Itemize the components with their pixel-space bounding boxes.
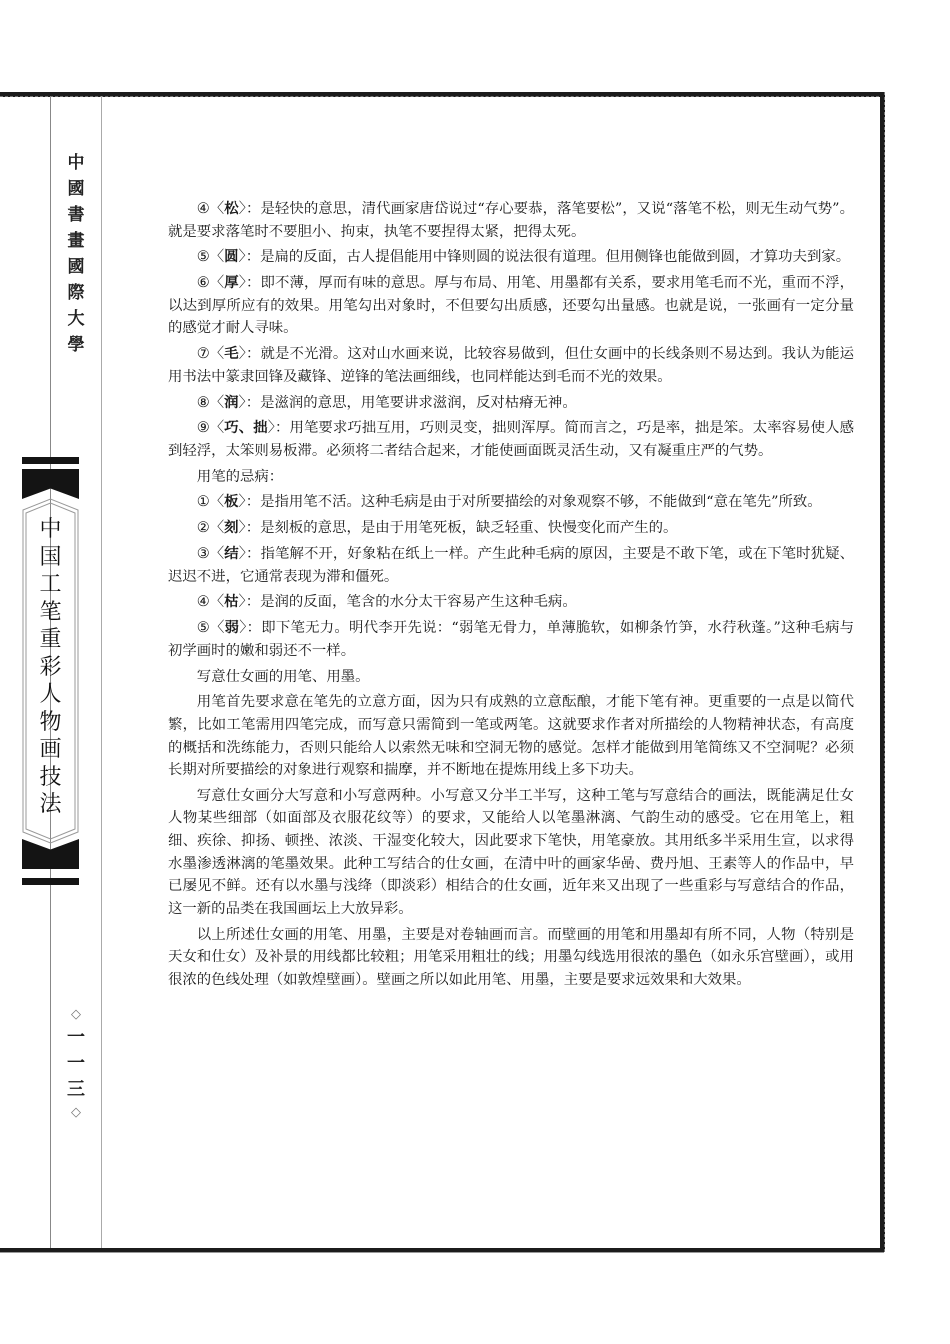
char: 國 — [62, 254, 90, 280]
paragraph: ⑥〈厚〉：即不薄，厚而有味的意思。厚与布局、用笔、用墨都有关系，要求用笔毛而不光… — [168, 272, 854, 340]
item-number: ③ — [197, 546, 210, 562]
paragraph-text: ：即不薄，厚而有味的意思。厚与布局、用笔、用墨都有关系，要求用笔毛而不光，重而不… — [168, 275, 854, 336]
item-number: ⑤ — [197, 620, 210, 636]
diamond-icon: ◇ — [62, 1005, 90, 1025]
paragraph: 写意仕女画的用笔、用墨。 — [168, 666, 854, 689]
char: 中 — [22, 516, 79, 544]
paragraph-text: ：就是不光滑。这对山水画来说，比较容易做到，但仕女画中的长线条则不易达到。我认为… — [168, 346, 854, 385]
char: 画 — [22, 736, 79, 764]
paragraph: ②〈刻〉：是刻板的意思，是由于用笔死板，缺乏轻重、快慢变化而产生的。 — [168, 517, 854, 540]
paragraph-text: ：是指用笔不活。这种毛病是由于对所要描绘的对象观察不够，不能做到“意在笔先”所致… — [246, 494, 822, 510]
page-frame-right — [880, 92, 885, 1252]
item-number: ④ — [197, 201, 210, 217]
title-ornament-bottom-bar — [22, 878, 79, 885]
item-number: ⑧ — [197, 395, 210, 411]
item-number: ⑦ — [197, 346, 210, 362]
char: 畫 — [62, 228, 90, 254]
diamond-icon: ◇ — [62, 1103, 90, 1123]
paragraph: ⑤〈弱〉：即下笔无力。明代李开先说：“弱笔无骨力，单薄脆软，如柳条竹笋，水荇秋蓬… — [168, 617, 854, 662]
term: 刻 — [224, 520, 238, 536]
page-digit: 一 — [62, 1051, 90, 1077]
paragraph: ⑦〈毛〉：就是不光滑。这对山水画来说，比较容易做到，但仕女画中的长线条则不易达到… — [168, 343, 854, 388]
char: 大 — [62, 306, 90, 332]
paragraph-text: 以上所述仕女画的用笔、用墨，主要是对卷轴画而言。而壁画的用笔和用墨却有所不同，人… — [168, 927, 854, 988]
paragraph: ⑧〈润〉：是滋润的意思，用笔要讲求滋润，反对枯瘠无神。 — [168, 392, 854, 415]
page-number: ◇ 一 一 三 ◇ — [62, 1005, 90, 1123]
paragraph: 用笔首先要求意在笔先的立意方面，因为只有成熟的立意酝酿，才能下笔有神。更重要的一… — [168, 691, 854, 781]
term: 结 — [224, 546, 238, 562]
char: 際 — [62, 280, 90, 306]
page-frame-bottom — [0, 1248, 884, 1253]
paragraph-text: ：指笔解不开，好象粘在纸上一样。产生此种毛病的原因，主要是不敢下笔，或在下笔时犹… — [168, 546, 854, 585]
item-number: ⑨ — [197, 420, 210, 436]
paragraph: ⑨〈巧、拙〉：用笔要求巧拙互用，巧则灵变，拙则浑厚。简而言之，巧是率，拙是笨。太… — [168, 417, 854, 462]
paragraph: ④〈松〉：是轻快的意思，清代画家唐岱说过“存心要恭，落笔要松”，又说“落笔不松，… — [168, 198, 854, 243]
paragraph-text: ：是润的反面，笔含的水分太干容易产生这种毛病。 — [246, 594, 577, 610]
item-number: ⑥ — [197, 275, 210, 291]
term: 圆 — [224, 249, 238, 265]
paragraph-text: 写意仕女画的用笔、用墨。 — [197, 669, 370, 685]
term: 板 — [224, 494, 238, 510]
item-number: ④ — [197, 594, 210, 610]
char: 工 — [22, 571, 79, 599]
paragraph: 用笔的忌病： — [168, 466, 854, 489]
term: 毛 — [224, 346, 238, 362]
term: 厚 — [224, 275, 238, 291]
char: 法 — [22, 791, 79, 819]
paragraph: ③〈结〉：指笔解不开，好象粘在纸上一样。产生此种毛病的原因，主要是不敢下笔，或在… — [168, 543, 854, 588]
paragraph-text: ：用笔要求巧拙互用，巧则灵变，拙则浑厚。简而言之，巧是率，拙是笨。太率容易使人感… — [168, 420, 854, 459]
term: 枯 — [224, 594, 238, 610]
item-number: ① — [197, 494, 210, 510]
sidebar-university-name: 中 國 書 畫 國 際 大 學 — [62, 150, 90, 358]
paragraph: ⑤〈圆〉：是扁的反面，古人提倡能用中锋则圆的说法很有道理。但用侧锋也能做到圆，才… — [168, 246, 854, 269]
paragraph-text: 用笔首先要求意在笔先的立意方面，因为只有成熟的立意酝酿，才能下笔有神。更重要的一… — [168, 694, 854, 778]
paragraph-text: ：是轻快的意思，清代画家唐岱说过“存心要恭，落笔要松”，又说“落笔不松，则无生动… — [168, 201, 854, 240]
char: 物 — [22, 709, 79, 737]
term: 弱 — [225, 620, 240, 636]
paragraph-text: ：是滋润的意思，用笔要讲求滋润，反对枯瘠无神。 — [246, 395, 577, 411]
char: 国 — [22, 544, 79, 572]
term: 润 — [224, 395, 238, 411]
term: 巧、拙 — [224, 420, 267, 436]
paragraph-text: ：是扁的反面，古人提倡能用中锋则圆的说法很有道理。但用侧锋也能做到圆，才算功夫到… — [246, 249, 850, 265]
char: 書 — [62, 202, 90, 228]
paragraph-text: ：即下笔无力。明代李开先说：“弱笔无骨力，单薄脆软，如柳条竹笋，水荇秋蓬。”这种… — [168, 620, 854, 659]
paragraph-text: 用笔的忌病： — [197, 469, 283, 485]
char: 國 — [62, 176, 90, 202]
book-title: 中 国 工 笔 重 彩 人 物 画 技 法 — [22, 516, 79, 819]
paragraph: 写意仕女画分大写意和小写意两种。小写意又分半工半写，这种工笔与写意结合的画法，既… — [168, 785, 854, 921]
page-digit: 三 — [62, 1077, 90, 1103]
char: 彩 — [22, 654, 79, 682]
char: 人 — [22, 681, 79, 709]
book-title-panel: 中 国 工 笔 重 彩 人 物 画 技 法 — [22, 498, 79, 844]
paragraph-text: ：是刻板的意思，是由于用笔死板，缺乏轻重、快慢变化而产生的。 — [246, 520, 678, 536]
page-frame-top — [0, 92, 884, 97]
body-text: ④〈松〉：是轻快的意思，清代画家唐岱说过“存心要恭，落笔要松”，又说“落笔不松，… — [168, 198, 854, 995]
char: 重 — [22, 626, 79, 654]
char: 中 — [62, 150, 90, 176]
title-ornament-top-bar — [22, 457, 79, 464]
paragraph: ①〈板〉：是指用笔不活。这种毛病是由于对所要描绘的对象观察不够，不能做到“意在笔… — [168, 491, 854, 514]
term: 松 — [224, 201, 238, 217]
char: 技 — [22, 764, 79, 792]
paragraph: 以上所述仕女画的用笔、用墨，主要是对卷轴画而言。而壁画的用笔和用墨却有所不同，人… — [168, 924, 854, 992]
item-number: ⑤ — [197, 249, 210, 265]
char: 笔 — [22, 599, 79, 627]
sidebar-rule-right — [101, 96, 102, 1248]
paragraph: ④〈枯〉：是润的反面，笔含的水分太干容易产生这种毛病。 — [168, 591, 854, 614]
paragraph-text: 写意仕女画分大写意和小写意两种。小写意又分半工半写，这种工笔与写意结合的画法，既… — [168, 788, 854, 917]
item-number: ② — [197, 520, 210, 536]
char: 學 — [62, 332, 90, 358]
page-digit: 一 — [62, 1025, 90, 1051]
